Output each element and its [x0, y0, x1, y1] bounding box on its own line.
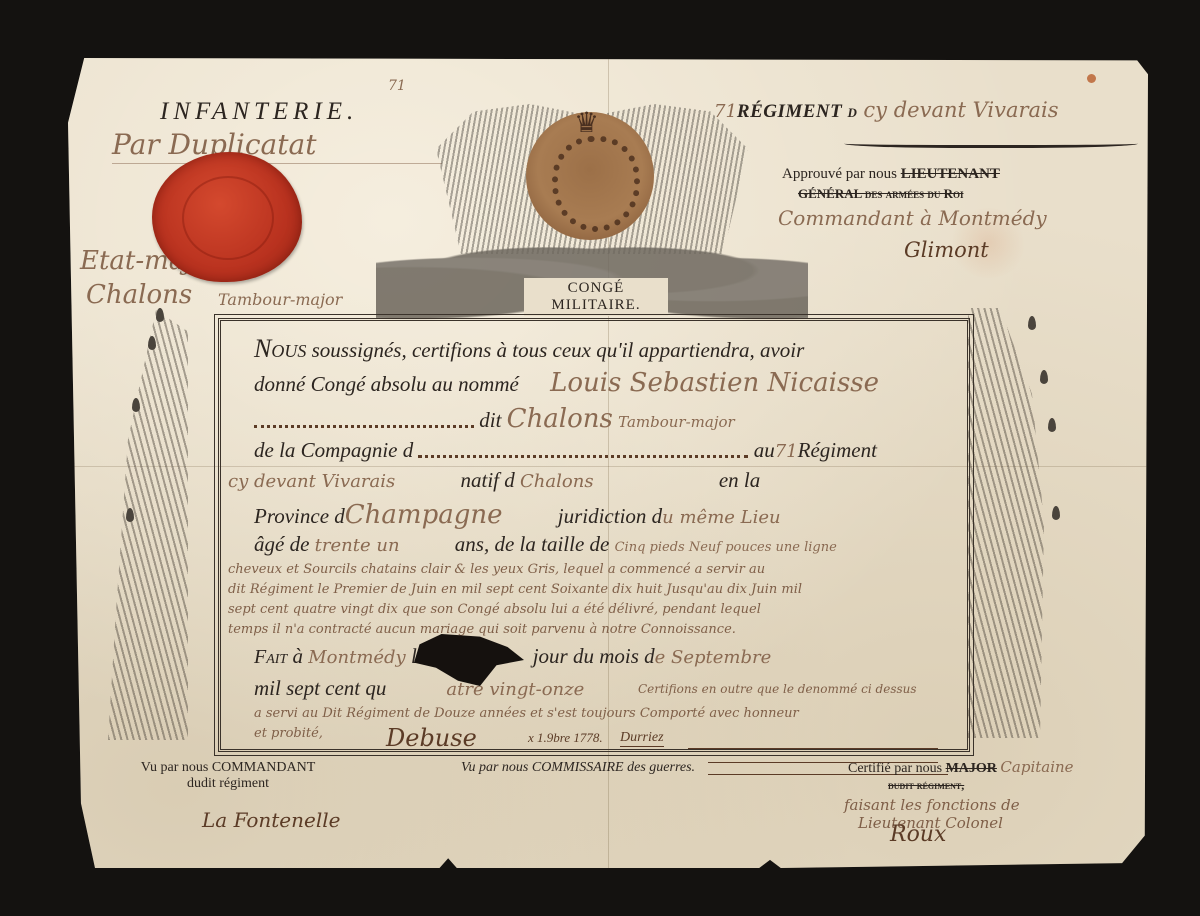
signature-roux: Roux — [890, 822, 946, 847]
juridiction-value: u même Lieu — [662, 507, 780, 528]
vu-par-nous: Vu par nous — [461, 760, 528, 775]
blank-squiggle — [254, 417, 474, 428]
height-value: Cinq pieds Neuf pouces une ligne — [615, 540, 837, 555]
regiment-word: Régiment — [798, 438, 877, 462]
approval-line: Approuvé par nous LIEUTENANT — [782, 166, 1000, 183]
body-line-3: dit Chalons Tambour-major — [254, 404, 735, 434]
faisant-fonctions-note: faisant les fonctions de — [844, 796, 1020, 814]
regiment-number-body: 71 — [775, 441, 798, 462]
au-text: au — [754, 438, 775, 462]
margin-number: 71 — [388, 78, 406, 94]
line1-text: soussignés, certifions à tous ceux qu'il… — [312, 338, 805, 362]
signature-la-fontenelle: La Fontenelle — [202, 808, 341, 832]
spear-tip-icon — [126, 508, 134, 522]
description-line-1: cheveux et Sourcils chatains clair & les… — [228, 562, 765, 577]
nous-cap: Nous — [254, 334, 306, 363]
dit-text: dit — [479, 408, 501, 432]
decorative-brace — [844, 137, 1138, 148]
spear-tip-icon — [1052, 506, 1060, 520]
body-line-7: âgé de trente un ans, de la taille de Ci… — [254, 532, 837, 557]
regiment-name: cy devant Vivarais — [863, 98, 1058, 122]
conge-militaire-title: CONGÉ MILITAIRE. — [524, 278, 668, 316]
signature-debuse: Debuse — [386, 724, 477, 752]
certifie-block: Certifié par nous MAJOR Capitaine — [848, 758, 1148, 777]
fait-cap: Fait — [254, 646, 287, 668]
certificate-paper: 71 INFANTERIE. Par Duplicatat Etat-major… — [68, 58, 1148, 868]
soldier-rank: Tambour-major — [618, 413, 735, 431]
age-label: âgé de — [254, 532, 309, 556]
body-line-4: de la Compagnie d au71Régiment — [254, 438, 877, 463]
rust-spot — [1087, 74, 1096, 83]
a-text: à — [292, 644, 303, 668]
province-value: Champagne — [345, 500, 503, 530]
regiment-heading: 71RÉGIMENT dcy devant Vivarais — [714, 98, 1059, 123]
spear-tip-icon — [148, 336, 156, 350]
natif-text: natif d — [461, 468, 515, 492]
royal-emblem: CONGÉ MILITAIRE. — [376, 94, 808, 320]
spear-tip-icon — [1028, 316, 1036, 330]
des-guerres: des guerres. — [627, 760, 695, 775]
vu-commandant-line-2: dudit régiment — [128, 776, 328, 792]
birthplace: Chalons — [520, 471, 594, 492]
description-line-2: dit Régiment le Premier de Juin en mil s… — [228, 582, 802, 597]
struck-major: MAJOR — [946, 761, 997, 776]
vu-commissaire: Vu par nous COMMISSAIRE des guerres. — [408, 760, 748, 776]
spear-tip-icon — [132, 398, 140, 412]
spear-tip-icon — [156, 308, 164, 322]
body-line-1: Nous soussignés, certifions à tous ceux … — [254, 334, 804, 364]
blank-squiggle — [418, 447, 748, 458]
chalons-note: Chalons — [86, 280, 192, 310]
infanterie-heading: INFANTERIE. — [160, 98, 358, 126]
body-year-line: mil sept cent quatre vingt-onze — [254, 676, 584, 701]
certify-line-2: a servi au Dit Régiment de Douze années … — [254, 706, 799, 721]
spear-tip-icon — [1040, 370, 1048, 384]
approval-text: Approuvé par nous — [782, 166, 897, 182]
regiment-label: RÉGIMENT d — [737, 101, 858, 122]
age-value: trente un — [315, 535, 400, 556]
capitaine-hand: Capitaine — [1000, 758, 1073, 776]
juridiction-label: juridiction d — [558, 504, 662, 528]
signature-rule — [688, 748, 938, 749]
province-label: Province d — [254, 504, 345, 528]
jour-text: jour du mois d — [533, 644, 655, 668]
issue-place: Montmédy — [308, 647, 406, 668]
en-la-text: en la — [719, 468, 760, 492]
vu-commandant-line-1: Vu par nous COMMANDANT — [128, 760, 328, 776]
regiment-number: 71 — [714, 101, 737, 122]
red-wax-seal-icon — [152, 152, 302, 282]
commandant-montmedy-note: Commandant à Montmédy — [778, 206, 1047, 230]
issue-month: e Septembre — [655, 647, 772, 668]
signature-glimont: Glimont — [904, 238, 989, 262]
spear-tip-icon — [1048, 418, 1056, 432]
certify-line-3: et probité, — [254, 726, 323, 741]
royal-arms-medallion-icon — [526, 112, 654, 240]
tambour-major-note: Tambour-major — [218, 290, 342, 309]
year-printed: mil sept cent qu — [254, 676, 386, 700]
line4-text: de la Compagnie d — [254, 438, 413, 462]
description-line-4: temps il n'a contracté aucun mariage qui… — [228, 622, 736, 637]
signature-durriez: Durriez — [620, 730, 664, 747]
date-annotation: x 1.9bre 1778. — [528, 730, 603, 746]
former-regiment: cy devant Vivarais — [228, 471, 395, 492]
right-trophy-engraving-icon — [968, 308, 1048, 738]
body-line-5: cy devant Vivarais natif d Chalons en la — [228, 468, 760, 493]
body-line-6: Province dChampagne juridiction du même … — [254, 500, 781, 530]
struck-general: GÉNÉRAL des armées du Roi — [798, 186, 963, 202]
soldier-name: Louis Sebastien Nicaisse — [550, 368, 879, 398]
struck-lieutenant: LIEUTENANT — [901, 166, 1000, 182]
struck-dudit-regiment: dudit régiment, — [888, 778, 964, 793]
soldier-alias: Chalons — [507, 404, 613, 434]
height-label: ans, de la taille de — [455, 532, 610, 556]
description-line-3: sept cent quatre vingt dix que son Congé… — [228, 602, 761, 617]
line2-text: donné Congé absolu au nommé — [254, 372, 519, 396]
commissaire-caps: COMMISSAIRE — [532, 760, 624, 775]
vu-commandant: Vu par nous COMMANDANT dudit régiment — [128, 760, 328, 792]
certify-line-1: Certifions en outre que le denommé ci de… — [638, 682, 917, 696]
body-line-2: donné Congé absolu au nommé Louis Sebast… — [254, 368, 879, 398]
certifie-text: Certifié par nous — [848, 761, 942, 776]
left-trophy-engraving-icon — [108, 310, 188, 740]
